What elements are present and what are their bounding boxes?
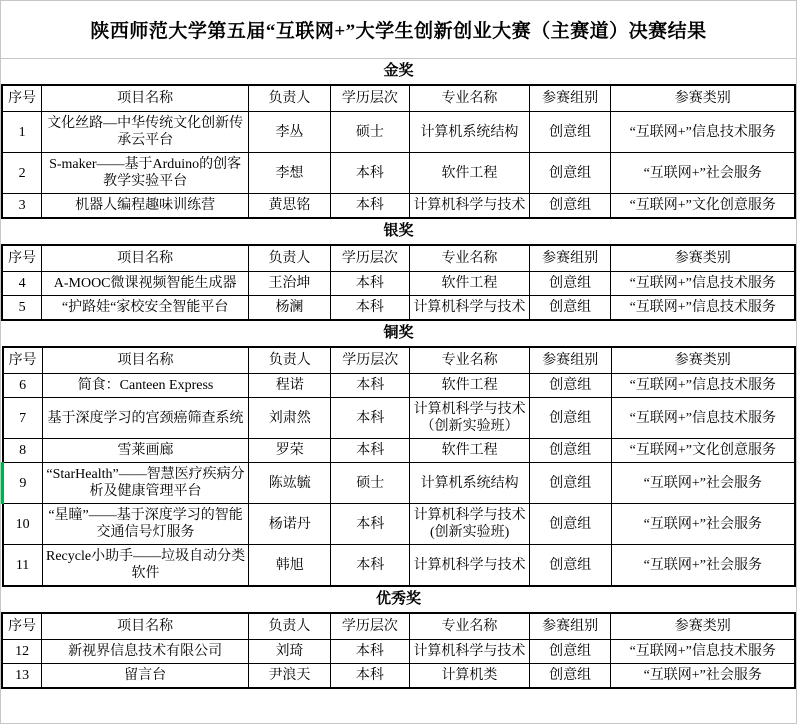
cell-major: 计算机类 — [410, 664, 530, 689]
column-header-leader: 负责人 — [249, 347, 331, 374]
column-header-category: 参赛类别 — [611, 245, 795, 272]
cell-degree: 本科 — [330, 194, 409, 219]
column-header-group: 参赛组别 — [529, 347, 611, 374]
cell-category: “互联网+”社会服务 — [611, 545, 795, 587]
table-row: 10“星瞳”——基于深度学习的智能交通信号灯服务杨诺丹本科计算机科学与技术(创新… — [3, 504, 796, 545]
cell-no: 5 — [2, 296, 42, 321]
cell-category: “互联网+”文化创意服务 — [611, 194, 795, 219]
sections-container: 金奖 序号项目名称负责人学历层次专业名称参赛组别参赛类别 1文化丝路—中华传统文… — [1, 59, 796, 689]
cell-major: 软件工程 — [410, 272, 530, 296]
cell-major: 软件工程 — [410, 374, 530, 398]
cell-no: 13 — [2, 664, 42, 689]
column-header-group: 参赛组别 — [529, 85, 611, 112]
cell-leader: 陈竑毓 — [249, 463, 331, 504]
cell-major: 计算机系统结构 — [410, 463, 530, 504]
cell-category: “互联网+”文化创意服务 — [611, 439, 795, 463]
cell-group: 创意组 — [529, 640, 611, 664]
results-table: 序号项目名称负责人学历层次专业名称参赛组别参赛类别 4A-MOOC微课视频智能生… — [1, 244, 796, 321]
cell-group: 创意组 — [529, 112, 611, 153]
table-row: 1文化丝路—中华传统文化创新传承云平台李丛硕士计算机系统结构创意组“互联网+”信… — [2, 112, 795, 153]
cell-degree: 本科 — [331, 504, 410, 545]
cell-degree: 本科 — [331, 545, 410, 587]
cell-group: 创意组 — [529, 664, 611, 689]
cell-no: 9 — [3, 463, 43, 504]
cell-degree: 本科 — [330, 153, 409, 194]
cell-major: 软件工程 — [410, 439, 530, 463]
cell-group: 创意组 — [529, 296, 611, 321]
column-header-no: 序号 — [2, 613, 42, 640]
cell-leader: 李想 — [249, 153, 331, 194]
cell-leader: 尹浪天 — [249, 664, 331, 689]
cell-category: “互联网+”社会服务 — [611, 463, 795, 504]
table-row: 3机器人编程趣味训练营黄思铭本科计算机科学与技术创意组“互联网+”文化创意服务 — [2, 194, 795, 219]
cell-leader: 黄思铭 — [249, 194, 331, 219]
cell-project: 机器人编程趣味训练营 — [42, 194, 249, 219]
cell-leader: 杨诺丹 — [249, 504, 331, 545]
cell-group: 创意组 — [529, 504, 611, 545]
column-header-degree: 学历层次 — [330, 613, 409, 640]
cell-degree: 本科 — [330, 272, 409, 296]
cell-project: S-maker——基于Arduino的创客教学实验平台 — [42, 153, 249, 194]
cell-leader: 韩旭 — [249, 545, 331, 587]
cell-category: “互联网+”信息技术服务 — [611, 640, 795, 664]
cell-project: 留言台 — [42, 664, 249, 689]
column-header-project: 项目名称 — [42, 347, 249, 374]
cell-group: 创意组 — [529, 272, 611, 296]
header-row: 序号项目名称负责人学历层次专业名称参赛组别参赛类别 — [2, 245, 795, 272]
column-header-major: 专业名称 — [410, 85, 530, 112]
cell-category: “互联网+”社会服务 — [611, 153, 795, 194]
cell-major: 计算机科学与技术（创新实验班） — [410, 398, 530, 439]
cell-project: Recycle小助手——垃圾自动分类软件 — [42, 545, 249, 587]
column-header-group: 参赛组别 — [529, 613, 611, 640]
table-row: 11Recycle小助手——垃圾自动分类软件韩旭本科计算机科学与技术创意组“互联… — [3, 545, 796, 587]
cell-no: 3 — [2, 194, 42, 219]
cell-leader: 刘琦 — [249, 640, 331, 664]
header-row: 序号项目名称负责人学历层次专业名称参赛组别参赛类别 — [2, 85, 795, 112]
column-header-leader: 负责人 — [249, 85, 331, 112]
column-header-no: 序号 — [2, 85, 42, 112]
cell-leader: 罗荣 — [249, 439, 331, 463]
cell-group: 创意组 — [529, 374, 611, 398]
cell-category: “互联网+”社会服务 — [611, 504, 795, 545]
column-header-leader: 负责人 — [249, 245, 331, 272]
cell-major: 计算机科学与技术 — [410, 640, 530, 664]
column-header-category: 参赛类别 — [611, 613, 795, 640]
cell-category: “互联网+”信息技术服务 — [611, 374, 795, 398]
cell-group: 创意组 — [529, 463, 611, 504]
cell-leader: 杨澜 — [249, 296, 331, 321]
cell-major: 软件工程 — [410, 153, 530, 194]
cell-project: 基于深度学习的宫颈癌筛查系统 — [42, 398, 249, 439]
cell-degree: 本科 — [331, 374, 410, 398]
cell-degree: 本科 — [331, 398, 410, 439]
cell-leader: 刘肃然 — [249, 398, 331, 439]
table-row: 2S-maker——基于Arduino的创客教学实验平台李想本科软件工程创意组“… — [2, 153, 795, 194]
column-header-major: 专业名称 — [410, 245, 530, 272]
award-section: 银奖 序号项目名称负责人学历层次专业名称参赛组别参赛类别 4A-MOOC微课视频… — [1, 219, 796, 321]
table-row: 7基于深度学习的宫颈癌筛查系统刘肃然本科计算机科学与技术（创新实验班）创意组“互… — [3, 398, 796, 439]
table-row: 8雪莱画廊罗荣本科软件工程创意组“互联网+”文化创意服务 — [3, 439, 796, 463]
award-section: 优秀奖 序号项目名称负责人学历层次专业名称参赛组别参赛类别 12新视界信息技术有… — [1, 587, 796, 689]
cell-group: 创意组 — [529, 153, 611, 194]
column-header-no: 序号 — [3, 347, 43, 374]
cell-project: 雪莱画廊 — [42, 439, 249, 463]
award-section: 铜奖 序号项目名称负责人学历层次专业名称参赛组别参赛类别 6简食：Canteen… — [1, 321, 796, 587]
cell-group: 创意组 — [529, 545, 611, 587]
cell-degree: 硕士 — [330, 112, 409, 153]
table-row: 6简食：Canteen Express程诺本科软件工程创意组“互联网+”信息技术… — [3, 374, 796, 398]
results-table: 序号项目名称负责人学历层次专业名称参赛组别参赛类别 6简食：Canteen Ex… — [1, 346, 796, 587]
column-header-category: 参赛类别 — [611, 347, 795, 374]
page-title: 陕西师范大学第五届“互联网+”大学生创新创业大赛（主赛道）决赛结果 — [1, 1, 796, 59]
cell-category: “互联网+”信息技术服务 — [611, 296, 795, 321]
results-document: 陕西师范大学第五届“互联网+”大学生创新创业大赛（主赛道）决赛结果 金奖 序号项… — [0, 0, 797, 724]
cell-no: 4 — [2, 272, 42, 296]
cell-category: “互联网+”社会服务 — [611, 664, 795, 689]
column-header-no: 序号 — [2, 245, 42, 272]
column-header-leader: 负责人 — [249, 613, 331, 640]
cell-project: “StarHealth”——智慧医疗疾病分析及健康管理平台 — [42, 463, 249, 504]
cell-major: 计算机科学与技术 — [410, 545, 530, 587]
cell-no: 11 — [3, 545, 43, 587]
table-row: 13留言台尹浪天本科计算机类创意组“互联网+”社会服务 — [2, 664, 795, 689]
cell-major: 计算机科学与技术(创新实验班) — [410, 504, 530, 545]
column-header-project: 项目名称 — [42, 613, 249, 640]
column-header-project: 项目名称 — [42, 85, 249, 112]
column-header-project: 项目名称 — [42, 245, 249, 272]
column-header-degree: 学历层次 — [331, 347, 410, 374]
award-title: 优秀奖 — [1, 587, 796, 612]
header-row: 序号项目名称负责人学历层次专业名称参赛组别参赛类别 — [3, 347, 796, 374]
column-header-category: 参赛类别 — [611, 85, 795, 112]
cell-project: 简食：Canteen Express — [42, 374, 249, 398]
cell-degree: 本科 — [330, 640, 409, 664]
cell-no: 1 — [2, 112, 42, 153]
cell-degree: 本科 — [330, 296, 409, 321]
cell-no: 6 — [3, 374, 43, 398]
cell-degree: 本科 — [331, 439, 410, 463]
cell-category: “互联网+”信息技术服务 — [611, 272, 795, 296]
cell-group: 创意组 — [529, 194, 611, 219]
column-header-degree: 学历层次 — [330, 85, 409, 112]
column-header-major: 专业名称 — [410, 347, 530, 374]
award-title: 铜奖 — [1, 321, 796, 346]
cell-project: 新视界信息技术有限公司 — [42, 640, 249, 664]
cell-group: 创意组 — [529, 398, 611, 439]
award-section: 金奖 序号项目名称负责人学历层次专业名称参赛组别参赛类别 1文化丝路—中华传统文… — [1, 59, 796, 219]
table-row: 5“护路娃“家校安全智能平台杨澜本科计算机科学与技术创意组“互联网+”信息技术服… — [2, 296, 795, 321]
cell-project: “星瞳”——基于深度学习的智能交通信号灯服务 — [42, 504, 249, 545]
column-header-degree: 学历层次 — [330, 245, 409, 272]
header-row: 序号项目名称负责人学历层次专业名称参赛组别参赛类别 — [2, 613, 795, 640]
cell-major: 计算机科学与技术 — [410, 194, 530, 219]
column-header-group: 参赛组别 — [529, 245, 611, 272]
table-row: 9“StarHealth”——智慧医疗疾病分析及健康管理平台陈竑毓硕士计算机系统… — [3, 463, 796, 504]
cell-no: 10 — [3, 504, 43, 545]
cell-no: 8 — [3, 439, 43, 463]
award-title: 金奖 — [1, 59, 796, 84]
cell-no: 12 — [2, 640, 42, 664]
cell-no: 2 — [2, 153, 42, 194]
results-table: 序号项目名称负责人学历层次专业名称参赛组别参赛类别 1文化丝路—中华传统文化创新… — [1, 84, 796, 219]
cell-major: 计算机系统结构 — [410, 112, 530, 153]
cell-leader: 程诺 — [249, 374, 331, 398]
cell-degree: 本科 — [330, 664, 409, 689]
column-header-major: 专业名称 — [410, 613, 530, 640]
cell-no: 7 — [3, 398, 43, 439]
table-row: 12新视界信息技术有限公司刘琦本科计算机科学与技术创意组“互联网+”信息技术服务 — [2, 640, 795, 664]
cell-group: 创意组 — [529, 439, 611, 463]
cell-category: “互联网+”信息技术服务 — [611, 112, 795, 153]
cell-degree: 硕士 — [331, 463, 410, 504]
cell-major: 计算机科学与技术 — [410, 296, 530, 321]
cell-leader: 王治坤 — [249, 272, 331, 296]
cell-category: “互联网+”信息技术服务 — [611, 398, 795, 439]
results-table: 序号项目名称负责人学历层次专业名称参赛组别参赛类别 12新视界信息技术有限公司刘… — [1, 612, 796, 689]
cell-project: 文化丝路—中华传统文化创新传承云平台 — [42, 112, 249, 153]
award-title: 银奖 — [1, 219, 796, 244]
cell-project: A-MOOC微课视频智能生成器 — [42, 272, 249, 296]
table-row: 4A-MOOC微课视频智能生成器王治坤本科软件工程创意组“互联网+”信息技术服务 — [2, 272, 795, 296]
cell-project: “护路娃“家校安全智能平台 — [42, 296, 249, 321]
cell-leader: 李丛 — [249, 112, 331, 153]
